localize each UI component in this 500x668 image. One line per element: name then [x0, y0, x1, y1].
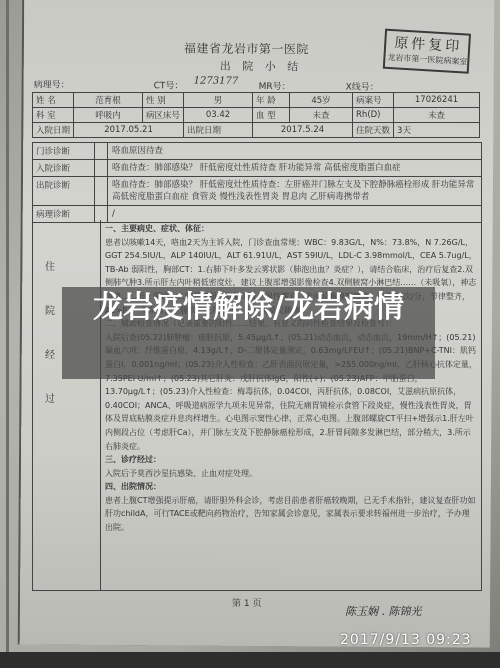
headline-text: 龙岩疫情解除/龙岩病情: [62, 289, 435, 327]
diagnosis-value: 咯血原因待查: [108, 143, 481, 159]
headline-overlay-banner: 龙岩疫情解除/龙岩病情: [62, 287, 435, 379]
age-label: 年 龄: [253, 93, 290, 108]
diagnosis-label: 出院诊断: [33, 177, 95, 205]
xray-no-label: X线号：: [346, 80, 379, 93]
diagnosis-label: 入院诊断: [33, 160, 95, 176]
sex-label: 性 别: [143, 93, 184, 108]
dept-label: 科 室: [33, 108, 74, 123]
name-label: 姓 名: [33, 93, 74, 108]
course-side-label: 住 院 经 过: [33, 220, 101, 590]
page-number: 第 1 页: [232, 596, 261, 609]
case-no-label: 病案号: [353, 93, 394, 108]
admit-date-value: 2017.05.21: [74, 123, 184, 138]
sex-value: 男: [184, 93, 253, 108]
ct-no-value: 1273177: [194, 76, 239, 87]
hospital-name: 福建省龙岩市第一医院: [184, 39, 309, 57]
discharge-date-label: 出院日期: [184, 123, 253, 138]
case-no-value: 17026241: [394, 93, 480, 108]
stay-days-value: 3天: [394, 123, 480, 138]
ct-no-label: CT号：: [154, 78, 184, 91]
admit-date-label: 入院日期: [33, 123, 74, 138]
document-title: 出 院 小 结: [220, 58, 303, 75]
blood-type-label: 血 型: [253, 108, 290, 123]
discharge-date-value: 2017.5.24: [253, 123, 353, 138]
diagnosis-value: 咯血待查：肺部感染？ 肝低密度灶性质待查：左肝癌并门脉左支及下腔静脉癌栓形成 肝…: [108, 177, 481, 205]
diagnosis-row: 入院诊断 咯血待查：肺部感染？ 肝低密度灶性质待查 肝功能异常 高低密度脂蛋白血…: [33, 159, 481, 176]
ward-bed-label: 病区床号: [143, 108, 184, 123]
history-title: 一、主要病史、症状、体征：: [105, 222, 477, 236]
hospital-course-section: 住 院 经 过 一、主要病史、症状、体征： 患者以咳嗽14天，咯血2天为主诉入院…: [32, 220, 482, 591]
pathology-no-label: 病理号：: [34, 77, 70, 90]
mr-no-label: MR号：: [259, 79, 291, 92]
patient-info-table: 姓 名 范育根 性 别 男 年 龄 45岁 病案号 17026241 科 室 呼…: [32, 92, 480, 138]
ward-bed-value: 03.42: [184, 108, 253, 123]
photo-background-edge: [6, 0, 9, 668]
rh-value: 未查: [394, 108, 480, 123]
stay-days-label: 住院天数: [353, 123, 394, 138]
treatment-title: 三、诊疗经过：: [105, 453, 477, 467]
diagnosis-row: 门诊诊断 咯血原因待查: [33, 142, 481, 159]
rh-label: Rh(D): [353, 108, 394, 123]
diagnosis-section: 门诊诊断 咯血原因待查 入院诊断 咯血待查：肺部感染？ 肝低密度灶性质待查 肝功…: [32, 142, 482, 223]
doctor-signature: 陈玉娴 . 陈锦光: [345, 603, 422, 619]
photo-timestamp: 2017/9/13 09:23: [340, 632, 472, 648]
photo-bottom-edge: [0, 652, 500, 668]
dept-value: 呼吸内: [74, 108, 143, 123]
diagnosis-row: 出院诊断 咯血待查：肺部感染？ 肝低密度灶性质待查：左肝癌并门脉左支及下腔静脉癌…: [33, 176, 481, 205]
copy-stamp: 原件复印 龙岩市第一医院病案室: [383, 29, 471, 74]
diagnosis-value: 咯血待查：肺部感染？ 肝低密度灶性质待查 肝功能异常 高低密度脂蛋白血症: [108, 160, 481, 176]
treatment-text: 入院后予莫西沙星抗感染、止血对症处理。: [105, 467, 477, 481]
name-value: 范育根: [74, 93, 143, 108]
discharge-status-title: 四、出院情况：: [105, 480, 477, 494]
discharge-status-text: 患者上腹CT增强提示肝癌，请肝胆外科会诊，考虑目前患者肝癌较晚期，已无手术指针，…: [105, 494, 477, 535]
blood-type-value: 未查: [290, 108, 353, 123]
diagnosis-label: 门诊诊断: [33, 143, 95, 159]
age-value: 45岁: [290, 93, 353, 108]
